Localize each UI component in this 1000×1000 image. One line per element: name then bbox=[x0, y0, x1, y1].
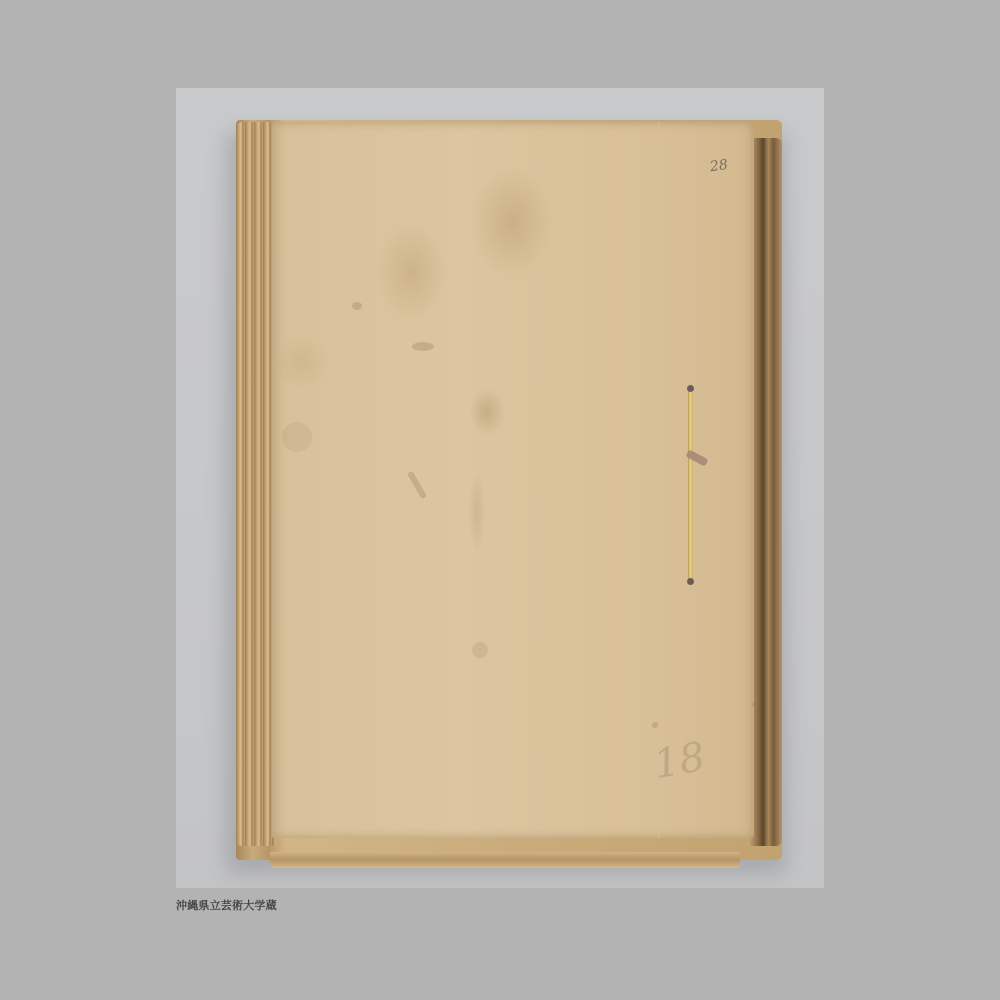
book-cover bbox=[272, 122, 754, 838]
binding-string bbox=[688, 388, 693, 584]
stain-spot bbox=[282, 422, 312, 452]
faint-pencil-mark: 18 bbox=[650, 734, 708, 788]
handwritten-page-number: 28 bbox=[709, 157, 729, 175]
cover-fold-line bbox=[658, 122, 660, 838]
photo-frame: 28 18 bbox=[176, 88, 824, 888]
stain-spot bbox=[752, 702, 757, 707]
book-spine-edge bbox=[236, 122, 276, 846]
stain-spot bbox=[652, 722, 658, 728]
image-caption: 沖縄県立芸術大学蔵 bbox=[176, 897, 277, 913]
binding-hole-bottom bbox=[687, 578, 694, 585]
binding-hole-top bbox=[687, 385, 694, 392]
stain-spot bbox=[407, 471, 427, 500]
stain-spot bbox=[352, 302, 362, 310]
stain-spot bbox=[412, 342, 434, 351]
stain-spot bbox=[472, 642, 488, 658]
